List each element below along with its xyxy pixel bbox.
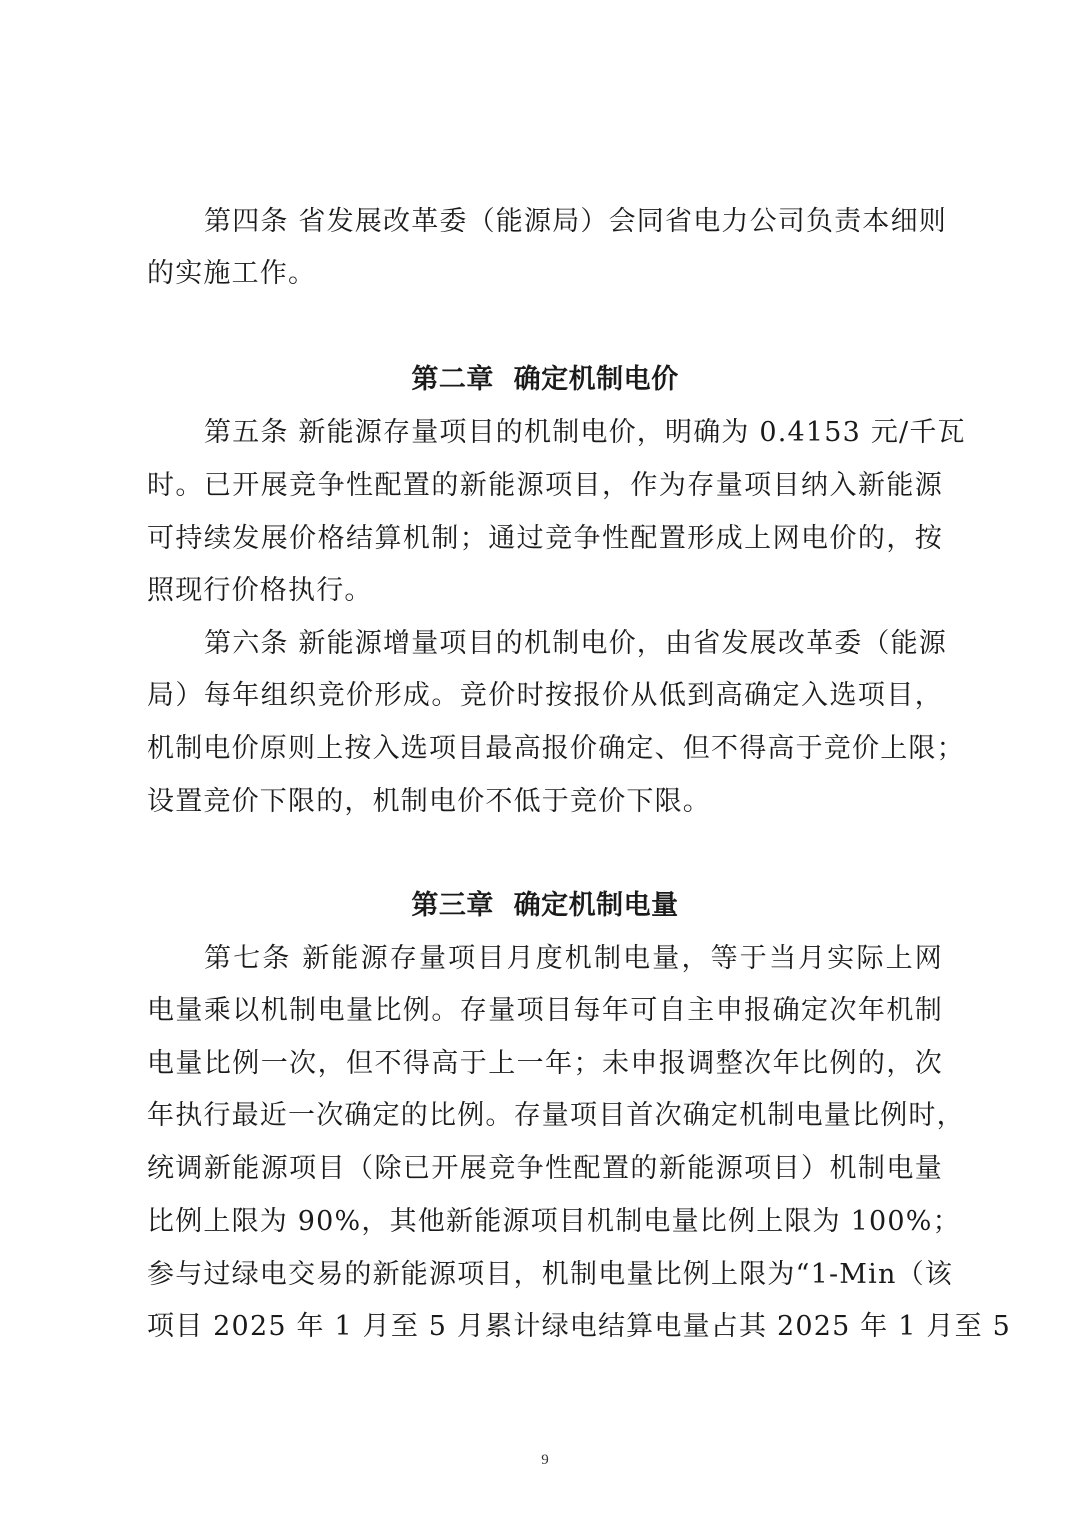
article-7-line-2: 电量乘以机制电量比例。存量项目每年可自主申报确定次年机制 (147, 993, 943, 1029)
article-5-line-4: 照现行价格执行。 (147, 573, 943, 609)
article-7-line-7: 参与过绿电交易的新能源项目，机制电量比例上限为“1-Min（该 (147, 1257, 943, 1293)
article-5-line-2: 时。已开展竞争性配置的新能源项目，作为存量项目纳入新能源 (147, 468, 943, 504)
article-5-line-1: 第五条 新能源存量项目的机制电价，明确为 0.4153 元/千瓦 (204, 415, 943, 451)
document-page: 第四条 省发展改革委（能源局）会同省电力公司负责本细则 的实施工作。 第二章 确… (0, 0, 1080, 1527)
article-6-line-4: 设置竞价下限的，机制电价不低于竞价下限。 (147, 784, 943, 820)
article-4-line-1: 第四条 省发展改革委（能源局）会同省电力公司负责本细则 (204, 204, 943, 240)
article-4-line-2: 的实施工作。 (147, 256, 943, 292)
article-7-line-6: 比例上限为 90%，其他新能源项目机制电量比例上限为 100%； (147, 1204, 943, 1240)
page-number: 9 (0, 1452, 1080, 1469)
chapter-2-heading: 第二章 确定机制电价 (147, 362, 943, 398)
article-6-line-3: 机制电价原则上按入选项目最高报价确定、但不得高于竞价上限； (147, 731, 943, 767)
article-5-text-1: 新能源存量项目的机制电价，明确为 0.4153 元/千瓦 (289, 417, 966, 448)
article-7-line-3: 电量比例一次，但不得高于上一年；未申报调整次年比例的，次 (147, 1046, 943, 1082)
article-4-text-1: 省发展改革委（能源局）会同省电力公司负责本细则 (289, 206, 947, 237)
article-7-line-4: 年执行最近一次确定的比例。存量项目首次确定机制电量比例时， (147, 1098, 943, 1134)
article-6-line-2: 局）每年组织竞价形成。竞价时按报价从低到高确定入选项目， (147, 678, 943, 714)
article-7-line-1: 第七条 新能源存量项目月度机制电量，等于当月实际上网 (204, 941, 943, 977)
article-7-text-1: 新能源存量项目月度机制电量，等于当月实际上网 (292, 943, 943, 974)
article-7-line-5: 统调新能源项目（除已开展竞争性配置的新能源项目）机制电量 (147, 1151, 943, 1187)
article-5-line-3: 可持续发展价格结算机制；通过竞争性配置形成上网电价的，按 (147, 521, 943, 557)
article-6-line-1: 第六条 新能源增量项目的机制电价，由省发展改革委（能源 (204, 626, 943, 662)
article-6-lead: 第六条 (204, 628, 289, 659)
article-4-lead: 第四条 (204, 206, 289, 237)
article-5-lead: 第五条 (204, 417, 289, 448)
article-7-line-8: 项目 2025 年 1 月至 5 月累计绿电结算电量占其 2025 年 1 月至… (147, 1309, 943, 1345)
article-6-text-1: 新能源增量项目的机制电价，由省发展改革委（能源 (289, 628, 947, 659)
chapter-3-heading: 第三章 确定机制电量 (147, 888, 943, 924)
article-7-lead: 第七条 (204, 943, 292, 974)
